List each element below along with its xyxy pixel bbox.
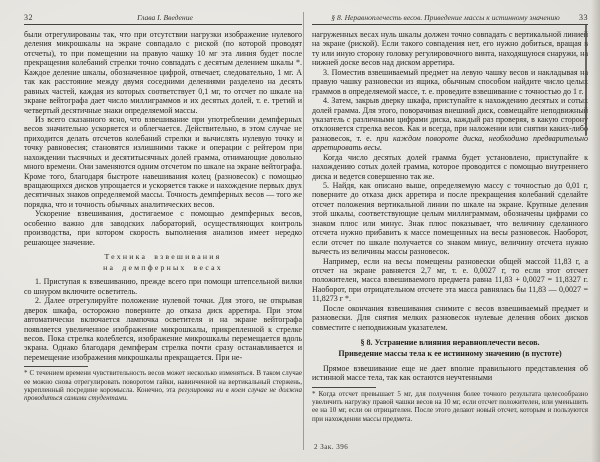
book-scan: 32 Глава I. Введение были отрегулированы… [0, 0, 600, 462]
left-page-number: 32 [24, 13, 33, 22]
numbered-item: 3. Поместив взвешиваемый предмет на леву… [312, 68, 588, 96]
page-gutter-line [303, 12, 304, 450]
left-running-head: 32 Глава I. Введение [24, 13, 302, 25]
paragraph: Ускорение взвешивания, достигаемое с пом… [24, 209, 302, 247]
footnote: * Когда отсчет превышает 5 мг, для получ… [312, 390, 588, 423]
section8-heading-line2: Приведение массы тела к ее истинному зна… [316, 349, 584, 360]
numbered-item: 5. Найдя, как описано выше, определяемую… [312, 181, 588, 257]
paragraph: нагруженных весах нуль шкалы должен точн… [312, 30, 588, 68]
paragraph: Прямое взвешивание еще не дает вполне пр… [312, 364, 588, 383]
paragraph: были отрегулированы так, что при отсутст… [24, 30, 302, 115]
numbered-item: 4. Затем, закрыв дверку шкафа, приступай… [312, 96, 588, 153]
right-body: нагруженных весах нуль шкалы должен точн… [312, 30, 588, 423]
footnote: * С течением времени чувствительность ве… [24, 369, 302, 402]
paragraph: Например, если на весы помещены разновес… [312, 257, 588, 304]
right-running-title: § 8. Неравноплечесть весов. Приведение м… [312, 13, 579, 22]
section-heading-line1: Техника взвешивания [24, 252, 302, 262]
right-page-number: 33 [579, 13, 588, 22]
paragraph: Когда число десятых долей грамма будет у… [312, 153, 588, 181]
right-running-head: § 8. Неравноплечесть весов. Приведение м… [312, 13, 588, 25]
numbered-item: 2. Далее отрегулируйте положение нулевой… [24, 296, 302, 362]
footnote-rule [24, 366, 88, 367]
paragraph: После окончания взвешивания снимите с ве… [312, 304, 588, 332]
printer-signature: 2 Зак. 396 [314, 443, 348, 451]
left-head-spacer [297, 13, 302, 22]
numbered-item: 1. Приступая к взвешиванию, прежде всего… [24, 277, 302, 296]
left-page: 32 Глава I. Введение были отрегулированы… [24, 13, 302, 455]
section8-heading-line1: § 8. Устранение влияния неравноплечести … [316, 338, 584, 349]
paragraph: Из всего сказанного ясно, что взвешивани… [24, 115, 302, 209]
scan-edge-mark [585, 24, 587, 136]
right-page: § 8. Неравноплечесть весов. Приведение м… [312, 13, 588, 455]
left-body: были отрегулированы так, что при отсутст… [24, 30, 302, 402]
left-running-title: Глава I. Введение [33, 13, 297, 22]
page-edge-shadow [591, 0, 600, 462]
section-heading-line2: на демпферных весах [24, 263, 302, 273]
footnote-rule [312, 387, 376, 388]
